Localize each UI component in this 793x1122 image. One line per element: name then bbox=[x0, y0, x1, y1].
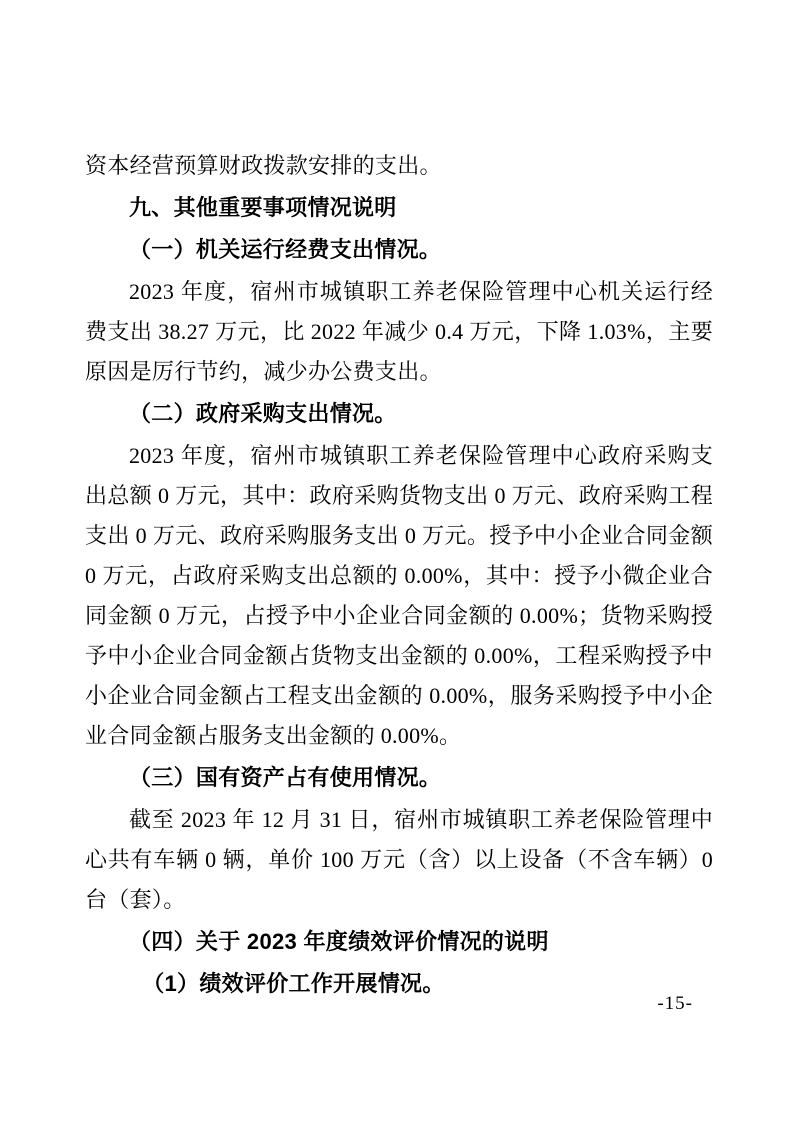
paragraph: 2023 年度，宿州市城镇职工养老保险管理中心机关运行经费支出 38.27 万元… bbox=[85, 272, 713, 392]
document-body: 资本经营预算财政拨款安排的支出。九、其他重要事项情况说明（一）机关运行经费支出情… bbox=[85, 146, 713, 1006]
section-heading: （三）国有资产占有使用情况。 bbox=[85, 758, 713, 798]
page-number: -15- bbox=[657, 992, 693, 1016]
paragraph: 资本经营预算财政拨款安排的支出。 bbox=[85, 146, 713, 186]
section-heading: （四）关于 2023 年度绩效评价情况的说明 bbox=[85, 922, 713, 962]
section-heading: 九、其他重要事项情况说明 bbox=[85, 188, 713, 228]
paragraph: 2023 年度，宿州市城镇职工养老保险管理中心政府采购支出总额 0 万元，其中：… bbox=[85, 436, 713, 756]
paragraph: 截至 2023 年 12 月 31 日，宿州市城镇职工养老保险管理中心共有车辆 … bbox=[85, 800, 713, 920]
section-heading: （一）机关运行经费支出情况。 bbox=[85, 230, 713, 270]
section-heading: （二）政府采购支出情况。 bbox=[85, 394, 713, 434]
document-page: 资本经营预算财政拨款安排的支出。九、其他重要事项情况说明（一）机关运行经费支出情… bbox=[0, 0, 793, 1122]
section-heading: （1）绩效评价工作开展情况。 bbox=[85, 964, 713, 1004]
